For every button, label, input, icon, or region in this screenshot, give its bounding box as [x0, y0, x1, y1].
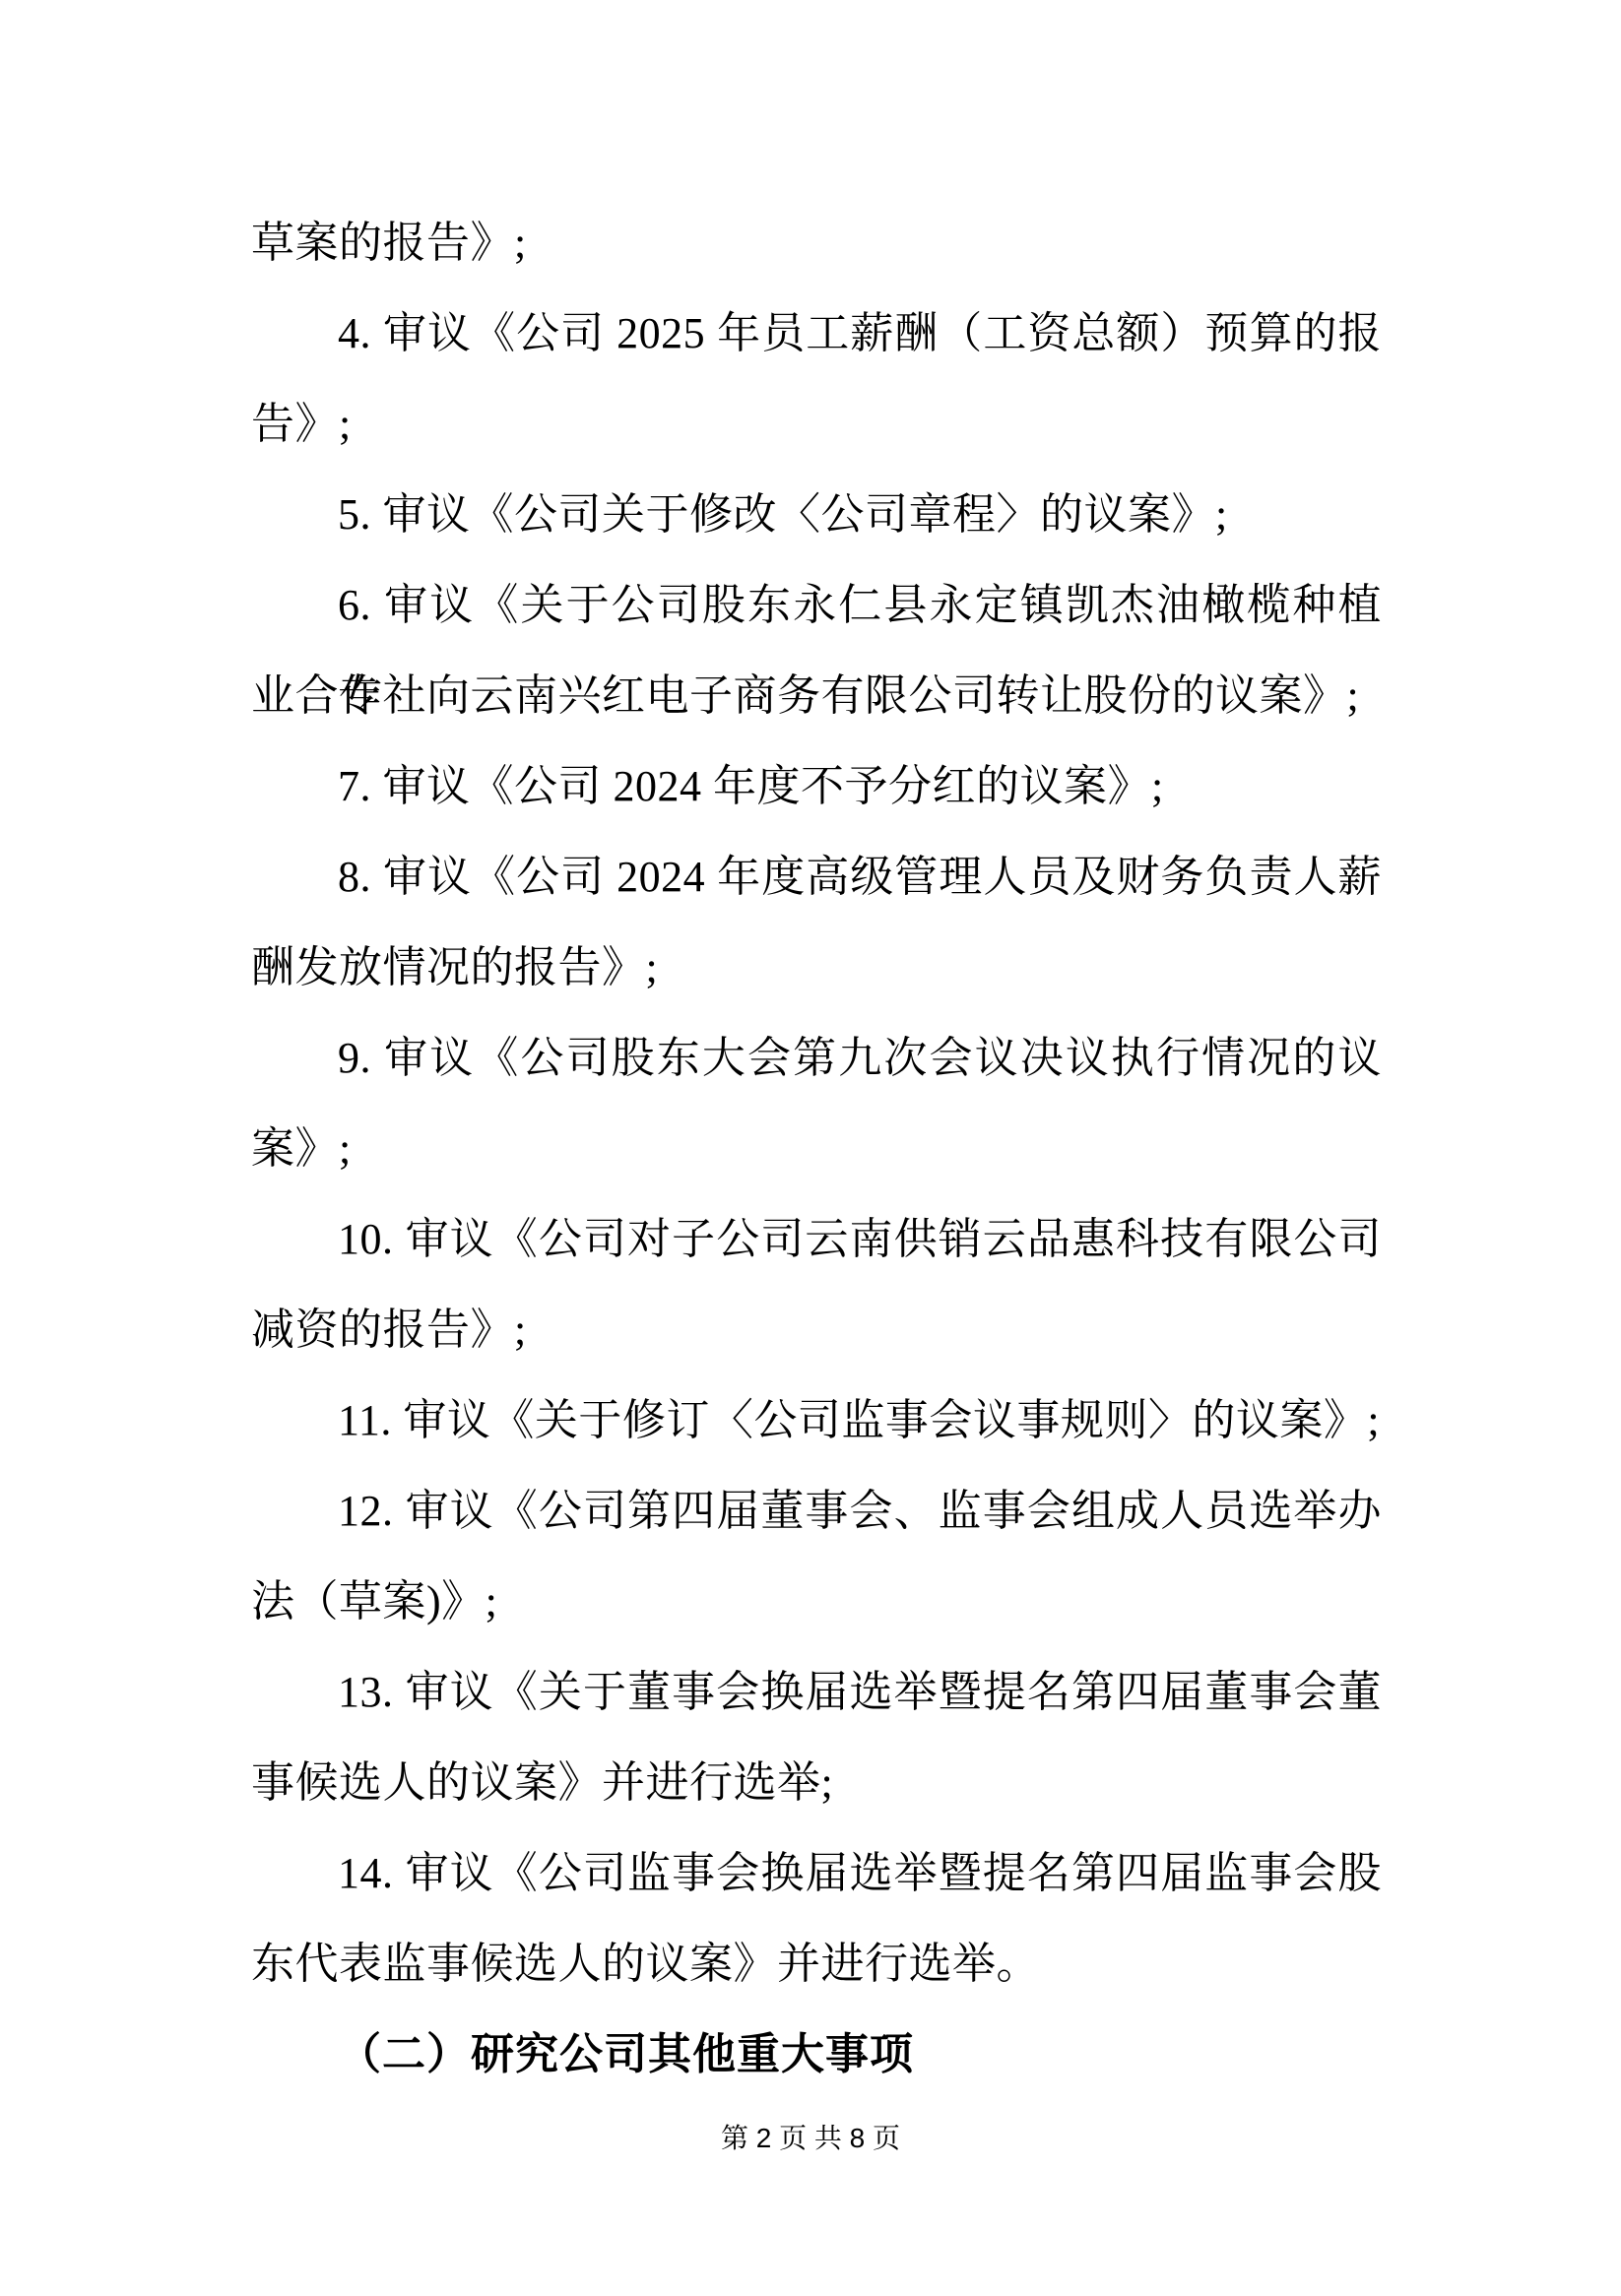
document-line: 6. 审议《关于公司股东永仁县永定镇凯杰油橄榄种植专: [251, 560, 1382, 651]
document-line: 4. 审议《公司 2025 年员工薪酬（工资总额）预算的报: [251, 288, 1382, 379]
document-line: 13. 审议《关于董事会换届选举暨提名第四届董事会董: [251, 1647, 1382, 1738]
section-heading: （二）研究公司其他重大事项: [251, 2009, 1382, 2100]
document-line: 案》;: [251, 1104, 1382, 1194]
document-line: 5. 审议《公司关于修改〈公司章程〉的议案》;: [251, 470, 1382, 560]
page-number: 第 2 页 共 8 页: [0, 2119, 1621, 2158]
document-line: 11. 审议《关于修订〈公司监事会议事规则〉的议案》;: [251, 1375, 1382, 1466]
document-line: 7. 审议《公司 2024 年度不予分红的议案》;: [251, 741, 1382, 832]
document-line: 减资的报告》;: [251, 1285, 1382, 1375]
document-body: 草案的报告》; 4. 审议《公司 2025 年员工薪酬（工资总额）预算的报 告》…: [251, 198, 1382, 2100]
document-line: 10. 审议《公司对子公司云南供销云品惠科技有限公司: [251, 1194, 1382, 1285]
document-line: 14. 审议《公司监事会换届选举暨提名第四届监事会股: [251, 1828, 1382, 1919]
document-line: 业合作社向云南兴红电子商务有限公司转让股份的议案》;: [251, 651, 1382, 741]
document-page: 草案的报告》; 4. 审议《公司 2025 年员工薪酬（工资总额）预算的报 告》…: [0, 0, 1621, 2296]
document-line: 12. 审议《公司第四届董事会、监事会组成人员选举办: [251, 1466, 1382, 1557]
document-line: 东代表监事候选人的议案》并进行选举。: [251, 1919, 1382, 2009]
document-line: 9. 审议《公司股东大会第九次会议决议执行情况的议: [251, 1013, 1382, 1104]
document-line: 告》;: [251, 379, 1382, 470]
document-line: 草案的报告》;: [251, 198, 1382, 288]
document-line: 法（草案)》;: [251, 1557, 1382, 1647]
document-line: 事候选人的议案》并进行选举;: [251, 1738, 1382, 1828]
document-line: 酬发放情况的报告》;: [251, 923, 1382, 1013]
document-line: 8. 审议《公司 2024 年度高级管理人员及财务负责人薪: [251, 832, 1382, 923]
